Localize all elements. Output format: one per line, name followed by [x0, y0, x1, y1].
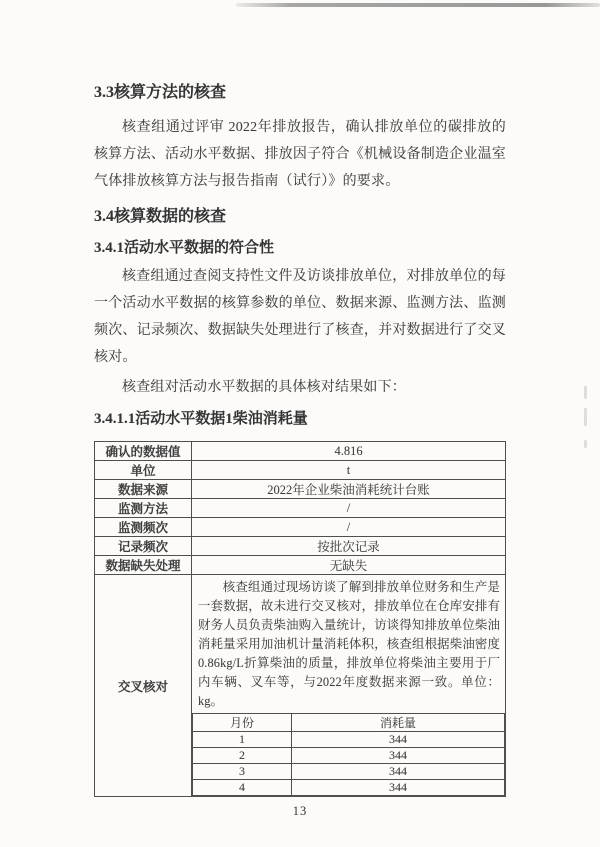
row-label: 监测频次 [95, 518, 192, 537]
month-column-header: 月份 [193, 714, 292, 732]
section-heading-3-3: 3.3核算方法的核查 [94, 84, 506, 101]
paragraph-3-4-1: 核查组通过查阅支持性文件及访谈排放单位，对排放单位的每一个活动水平数据的核算参数… [94, 263, 506, 371]
row-label: 数据来源 [95, 480, 192, 499]
table-row: 数据缺失处理 无缺失 [95, 556, 506, 575]
row-value: t [192, 461, 506, 480]
crosscheck-row: 交叉核对 核查组通过现场访谈了解到排放单位财务和生产是一套数据，故未进行交叉核对… [95, 575, 506, 797]
row-label: 单位 [95, 461, 192, 480]
table-row: 监测频次 / [95, 518, 506, 537]
row-value: 4.816 [192, 442, 506, 461]
row-value: 按批次记录 [192, 537, 506, 556]
row-label: 数据缺失处理 [95, 556, 192, 575]
section-heading-3-4-1: 3.4.1活动水平数据的符合性 [94, 240, 506, 256]
month-cell: 1 [193, 732, 292, 748]
section-heading-3-4: 3.4核算数据的核查 [94, 208, 506, 225]
section-heading-3-4-1-1: 3.4.1.1活动水平数据1柴油消耗量 [94, 411, 506, 427]
monthly-row: 2 344 [193, 748, 505, 764]
monthly-header-row: 月份 消耗量 [193, 714, 505, 732]
month-cell: 3 [193, 764, 292, 780]
row-label: 记录频次 [95, 537, 192, 556]
monthly-row: 3 344 [193, 764, 505, 780]
row-label: 监测方法 [95, 499, 192, 518]
consumption-cell: 344 [292, 764, 505, 780]
crosscheck-label: 交叉核对 [95, 575, 192, 797]
crosscheck-text: 核查组通过现场访谈了解到排放单位财务和生产是一套数据，故未进行交叉核对，排放单位… [192, 575, 505, 712]
row-value: 无缺失 [192, 556, 506, 575]
consumption-cell: 344 [292, 748, 505, 764]
month-cell: 4 [193, 780, 292, 796]
monthly-row: 4 344 [193, 780, 505, 796]
table-row: 监测方法 / [95, 499, 506, 518]
row-label: 确认的数据值 [95, 442, 192, 461]
monthly-consumption-table: 月份 消耗量 1 344 2 344 [192, 713, 505, 796]
row-value: 2022年企业柴油消耗统计台账 [192, 480, 506, 499]
consumption-cell: 344 [292, 780, 505, 796]
consumption-cell: 344 [292, 732, 505, 748]
crosscheck-cell: 核查组通过现场访谈了解到排放单位财务和生产是一套数据，故未进行交叉核对，排放单位… [192, 575, 506, 797]
paragraph-results-intro: 核查组对活动水平数据的具体核对结果如下： [94, 374, 506, 401]
table-row: 记录频次 按批次记录 [95, 537, 506, 556]
document-page: 3.3核算方法的核查 核查组通过评审 2022年排放报告，确认排放单位的碳排放的… [94, 0, 506, 819]
paragraph-3-3: 核查组通过评审 2022年排放报告，确认排放单位的碳排放的核算方法、活动水平数据… [94, 114, 506, 195]
consumption-column-header: 消耗量 [292, 714, 505, 732]
table-row: 数据来源 2022年企业柴油消耗统计台账 [95, 480, 506, 499]
row-value: / [192, 518, 506, 537]
scan-artifact-edge-bleed [584, 386, 588, 457]
table-row: 单位 t [95, 461, 506, 480]
month-cell: 2 [193, 748, 292, 764]
page-number: 13 [94, 804, 506, 819]
table-row: 确认的数据值 4.816 [95, 442, 506, 461]
row-value: / [192, 499, 506, 518]
activity-data-table: 确认的数据值 4.816 单位 t 数据来源 2022年企业柴油消耗统计台账 监… [94, 441, 506, 797]
monthly-row: 1 344 [193, 732, 505, 748]
